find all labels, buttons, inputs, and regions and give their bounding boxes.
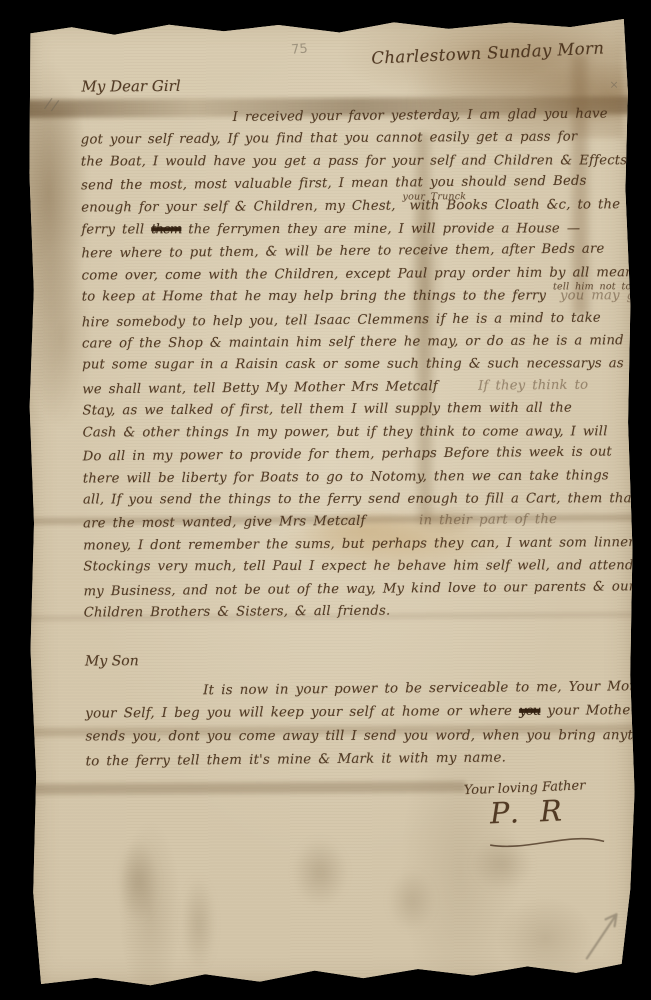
signature: P. R	[489, 793, 568, 830]
struck-word: them	[151, 222, 181, 237]
pencil-x-mark: ×	[609, 78, 618, 91]
letter-line: Cash & other things In my power, but if …	[83, 421, 635, 445]
letter-line: care of the Shop & maintain him self the…	[82, 330, 634, 356]
letter-line: enough for your self & Children, my Ches…	[81, 194, 633, 221]
letter-line: money, I dont remember the sums, but per…	[83, 532, 635, 558]
pencil-number-mark: 75	[291, 42, 309, 58]
letter-line: Stockings very much, tell Paul I expect …	[83, 555, 635, 579]
salutation: My Dear Girl	[81, 77, 180, 96]
letter-line: my Business, and not be out of the way, …	[83, 576, 635, 604]
letter-line: there will be liberty for Boats to go to…	[83, 465, 635, 491]
letter-line: your Self, I beg you will keep your self…	[85, 700, 637, 727]
stain-left-column	[26, 107, 86, 417]
letter-line: to the ferry tell them it's mine & Mark …	[85, 745, 637, 774]
pencil-arrow-mark	[580, 902, 632, 964]
letter-line: got your self ready, If you find that yo…	[81, 127, 633, 153]
manuscript-paper: 75 ∕∕ × Charlestown Sunday Morn My Dear …	[23, 14, 637, 990]
signature-flourish	[488, 830, 609, 853]
stain-smudges	[28, 834, 637, 983]
letter-son-body: It is now in your power to be serviceabl…	[85, 676, 638, 773]
letter-line: sends you, dont you come away till I sen…	[85, 724, 637, 749]
letter-line: Stay, as we talked of first, tell them I…	[82, 397, 634, 423]
pencil-stroke-mark: ∕∕	[43, 94, 62, 115]
faded-text: you may get	[560, 288, 649, 303]
faded-text: If they think to	[478, 378, 588, 394]
stain-band	[28, 781, 466, 795]
struck-word: you	[519, 704, 540, 719]
letter-body: I received your favor yesterday, I am gl…	[81, 104, 636, 625]
letter-line: put some sugar in a Raisin cask or some …	[82, 354, 634, 378]
letter-line: to keep at Home that he may help bring t…	[82, 285, 634, 310]
letter-line: come over, come with the Children, excep…	[82, 262, 634, 288]
letter-line: hire somebody to help you, tell Isaac Cl…	[82, 307, 634, 335]
son-salutation: My Son	[85, 653, 139, 669]
faded-text: in their part of the	[419, 512, 557, 528]
letter-photo: 75 ∕∕ × Charlestown Sunday Morn My Dear …	[0, 0, 651, 1000]
dateline: Charlestown Sunday Morn	[371, 37, 632, 68]
